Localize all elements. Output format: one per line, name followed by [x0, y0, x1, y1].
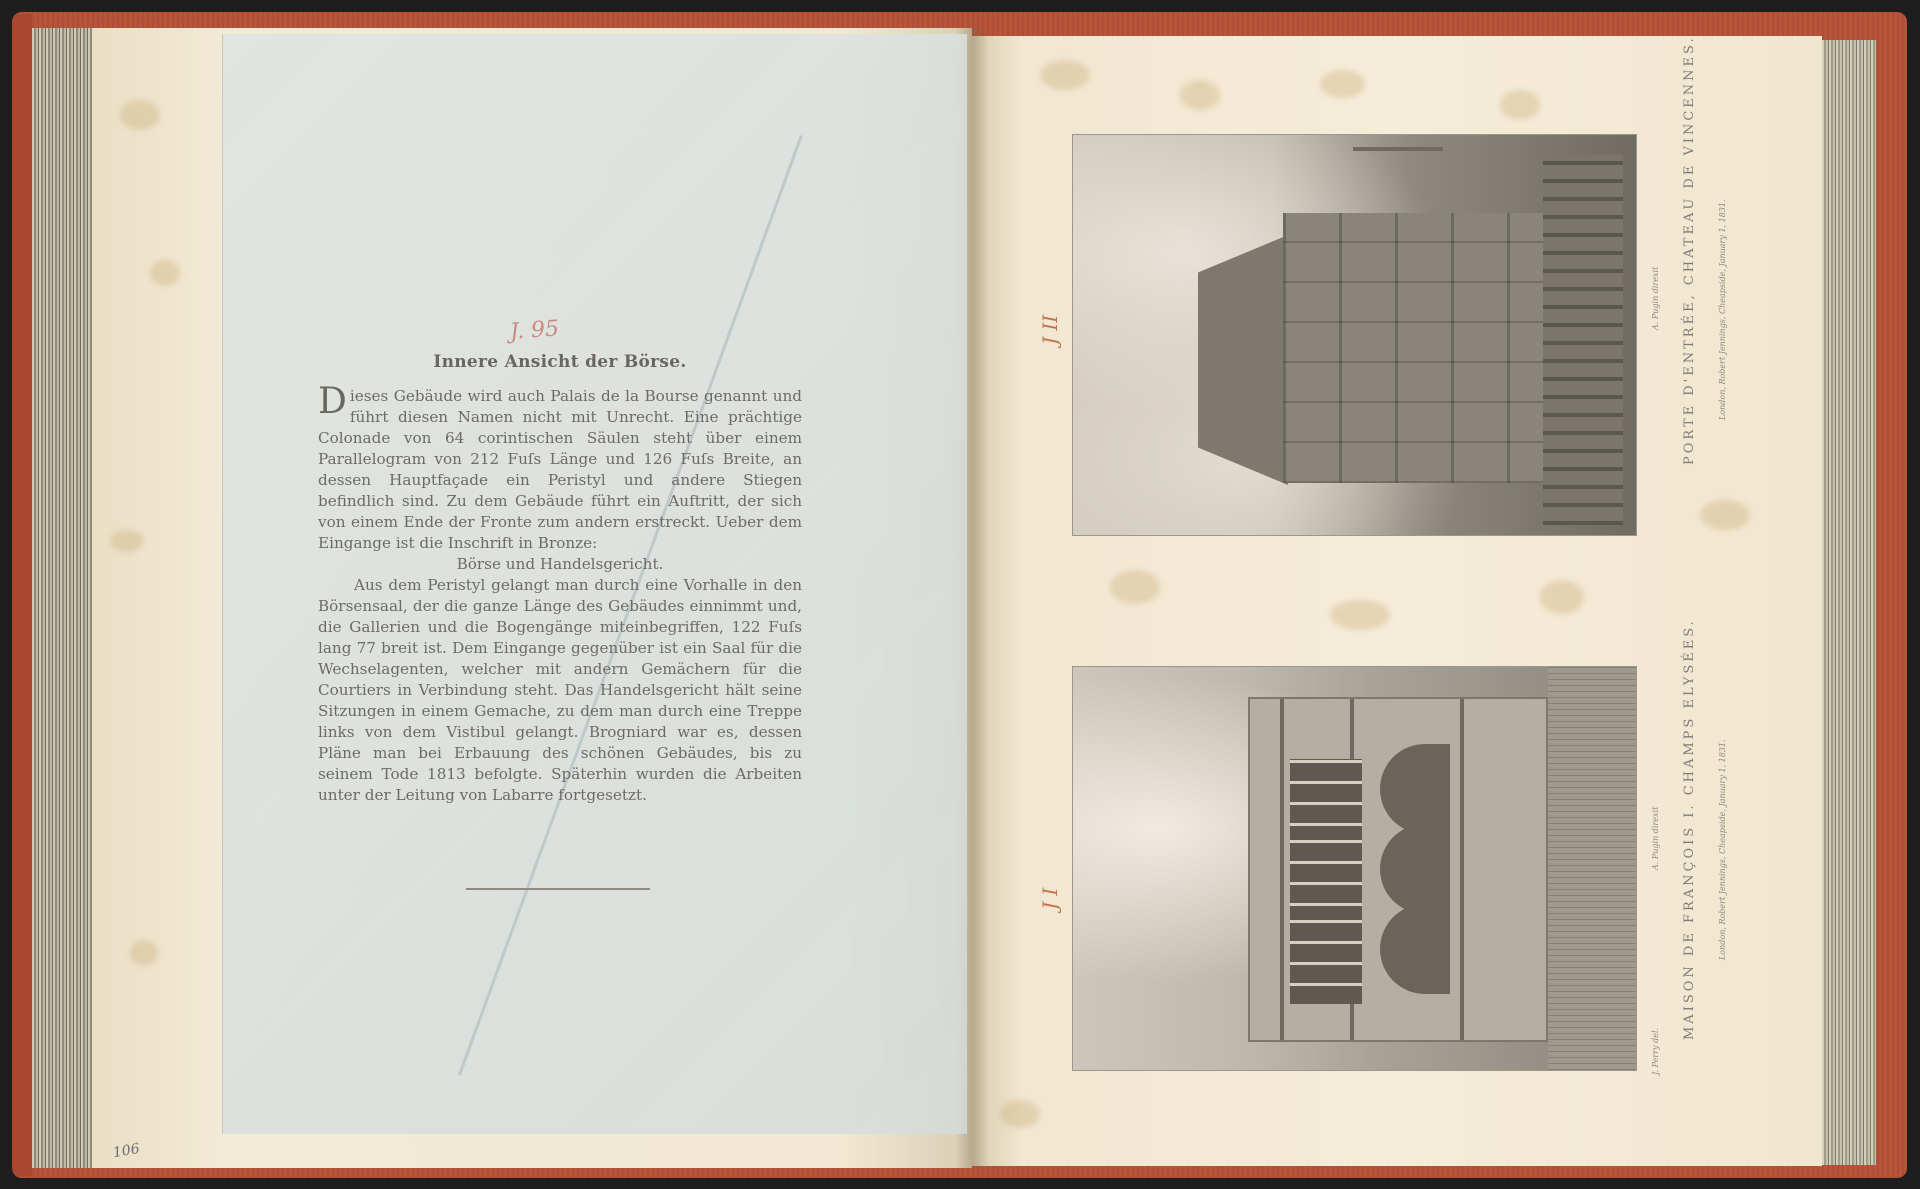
facade-pilaster [1460, 699, 1464, 1040]
castle-crowd-illustration [1543, 155, 1623, 525]
foxing-spot [1700, 500, 1750, 530]
foxing-spot [1330, 600, 1390, 630]
engraver-credit-bottom: A. Pugin direxit [1651, 807, 1660, 870]
publisher-line-top: London, Robert Jennings, Cheapside, Janu… [1718, 199, 1727, 420]
artist-credit-bottom: J. Perry del. [1651, 1028, 1660, 1075]
publisher-line-bottom: London, Robert Jennings, Cheapside, Janu… [1718, 739, 1727, 960]
foxing-spot [1540, 580, 1584, 614]
inscription-line: Börse und Handelsgericht. [318, 554, 802, 575]
facade-arch [1380, 824, 1450, 914]
end-rule-divider [466, 888, 650, 890]
facade-window [1290, 839, 1362, 924]
castle-spire-illustration [1353, 147, 1443, 151]
engraver-credit-top: A. Pugin direxit [1651, 267, 1660, 330]
facade-arch [1380, 904, 1450, 994]
foxing-spot [130, 940, 158, 966]
foxing-spot [1500, 90, 1540, 120]
castle-tower-illustration [1283, 213, 1543, 483]
facade-arch [1380, 744, 1450, 834]
foxing-spot [120, 100, 160, 130]
pencil-plate-label-bottom: J I [1038, 888, 1062, 910]
foxing-spot [110, 530, 144, 552]
palace-facade-illustration [1248, 697, 1548, 1042]
text-column: Innere Ansicht der Börse. Dieses Gebäude… [318, 318, 802, 806]
foxing-spot [1040, 60, 1090, 90]
plate-title-bottom: MAISON DE FRANÇOIS I. CHAMPS ELYSÉES. [1682, 618, 1697, 1040]
facade-pilaster [1280, 699, 1284, 1040]
castle-roof-illustration [1198, 235, 1288, 485]
foxing-spot [1320, 70, 1365, 98]
pencil-plate-label-top: J II [1038, 315, 1062, 345]
page-stack-right [1822, 40, 1876, 1165]
paragraph-2: Aus dem Peristyl gelangt man durch eine … [318, 575, 802, 806]
drop-cap: D [318, 386, 347, 418]
paragraph-1: Dieses Gebäude wird auch Palais de la Bo… [318, 386, 802, 554]
foxing-spot [1180, 80, 1220, 110]
foxing-spot [150, 260, 180, 286]
page-heading: Innere Ansicht der Börse. [318, 352, 802, 372]
plate-title-top: PORTE D'ENTRÉE, CHATEAU DE VINCENNES. [1682, 35, 1697, 465]
facade-window [1290, 919, 1362, 1004]
paragraph-1-text: ieses Gebäude wird auch Palais de la Bou… [318, 387, 802, 552]
engraving-maison-francois [1072, 666, 1637, 1071]
engraving-chateau-vincennes [1072, 134, 1637, 536]
horsemen-foreground-illustration [1548, 667, 1637, 1070]
foxing-spot [1110, 570, 1160, 604]
book-cover-edge [12, 14, 32, 1176]
page-stack-left [32, 28, 92, 1168]
facade-window [1290, 759, 1362, 844]
foxing-spot [1000, 1100, 1040, 1128]
